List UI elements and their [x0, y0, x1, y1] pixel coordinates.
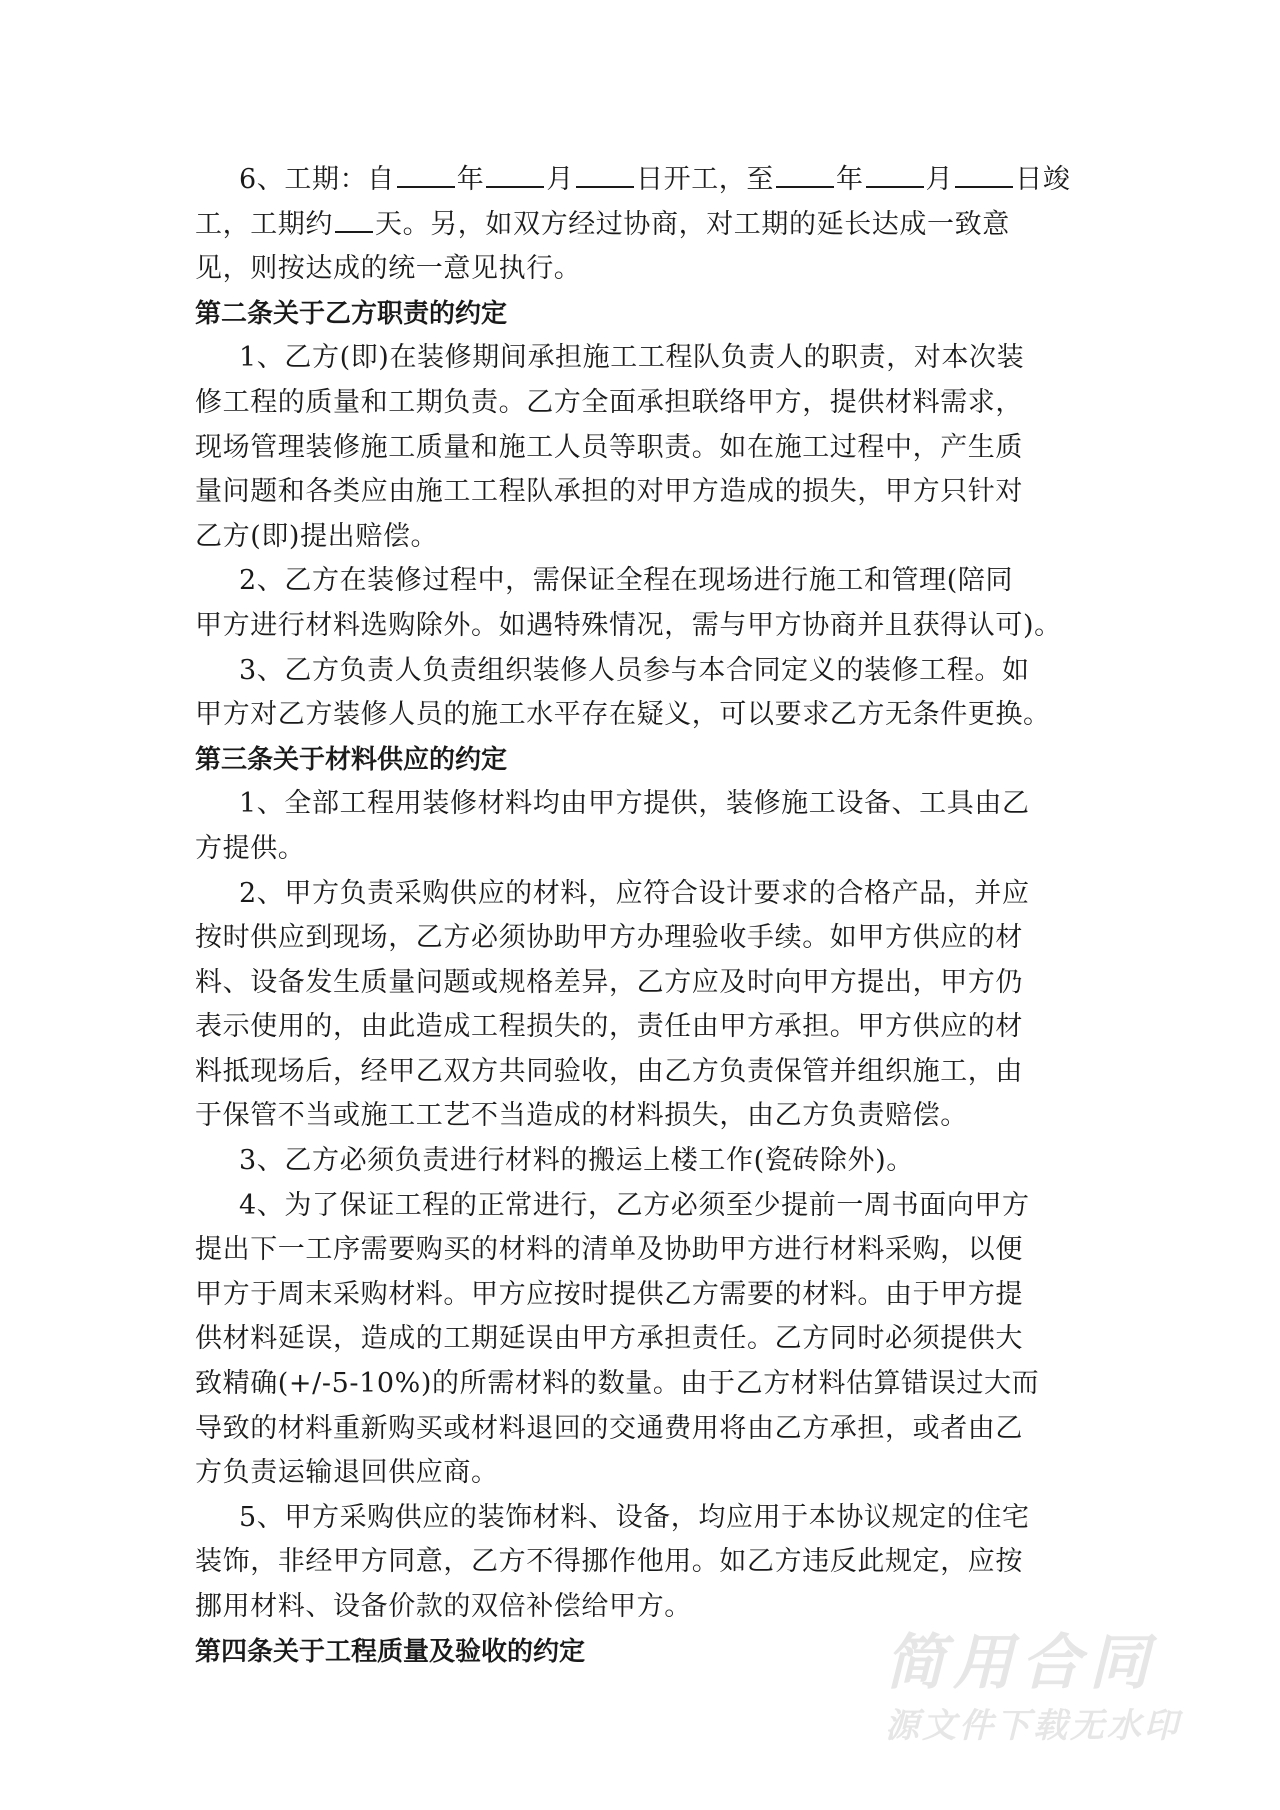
clause-text: 日开工，至	[636, 164, 774, 195]
blank-field-day-start	[576, 162, 634, 188]
clause-line: 料、设备发生质量问题或规格差异，乙方应及时向甲方提出，甲方仍	[195, 961, 1090, 1006]
clause-line: 量问题和各类应由施工工程队承担的对甲方造成的损失，甲方只针对	[195, 470, 1090, 515]
clause-line: 见，则按达成的统一意见执行。	[195, 247, 1090, 292]
clause-text: 工，工期约	[195, 209, 333, 240]
clause-line: 3、乙方负责人负责组织装修人员参与本合同定义的装修工程。如	[195, 649, 1090, 694]
clause-line: 甲方进行材料选购除外。如遇特殊情况，需与甲方协商并且获得认可)。	[195, 604, 1090, 649]
clause-line: 方负责运输退回供应商。	[195, 1451, 1090, 1496]
clause-line: 现场管理装修施工质量和施工人员等职责。如在施工过程中，产生质	[195, 426, 1090, 471]
section-heading: 第三条关于材料供应的约定	[195, 738, 1090, 783]
clause-line: 2、甲方负责采购供应的材料，应符合设计要求的合格产品，并应	[195, 872, 1090, 917]
clause-line: 装饰，非经甲方同意，乙方不得挪作他用。如乙方违反此规定，应按	[195, 1540, 1090, 1585]
clause-line: 提出下一工序需要购买的材料的清单及协助甲方进行材料采购，以便	[195, 1228, 1090, 1273]
clause-line: 甲方对乙方装修人员的施工水平存在疑义，可以要求乙方无条件更换。	[195, 693, 1090, 738]
clause-text: 6、工期：自	[239, 164, 395, 195]
watermark-tagline: 源文件下载无水印	[885, 1698, 1225, 1754]
clause-line: 6、工期：自年月日开工，至年月日竣	[195, 158, 1090, 203]
clause-line: 料抵现场后，经甲乙双方共同验收，由乙方负责保管并组织施工，由	[195, 1050, 1090, 1095]
blank-field-month-start	[486, 162, 544, 188]
document-page: 6、工期：自年月日开工，至年月日竣 工，工期约天。另，如双方经过协商，对工期的延…	[195, 158, 1090, 1674]
clause-text: 年	[457, 164, 485, 195]
clause-line: 于保管不当或施工工艺不当造成的材料损失，由乙方负责赔偿。	[195, 1094, 1090, 1139]
clause-text: 月	[546, 164, 574, 195]
clause-line: 1、乙方(即)在装修期间承担施工工程队负责人的职责，对本次装	[195, 336, 1090, 381]
clause-line: 导致的材料重新购买或材料退回的交通费用将由乙方承担，或者由乙	[195, 1407, 1090, 1452]
watermark-brand: 简用合同	[885, 1628, 1225, 1698]
clause-line: 致精确(+/-5-10%)的所需材料的数量。由于乙方材料估算错误过大而	[195, 1362, 1090, 1407]
clause-line: 甲方于周末采购材料。甲方应按时提供乙方需要的材料。由于甲方提	[195, 1273, 1090, 1318]
blank-field-year-end	[776, 162, 834, 188]
blank-field-year-start	[397, 162, 455, 188]
clause-line: 修工程的质量和工期负责。乙方全面承担联络甲方，提供材料需求，	[195, 381, 1090, 426]
watermark: 简用合同 源文件下载无水印	[885, 1628, 1225, 1754]
clause-text: 年	[836, 164, 864, 195]
clause-line: 工，工期约天。另，如双方经过协商，对工期的延长达成一致意	[195, 203, 1090, 248]
clause-line: 5、甲方采购供应的装饰材料、设备，均应用于本协议规定的住宅	[195, 1496, 1090, 1541]
clause-text: 天。另，如双方经过协商，对工期的延长达成一致意	[375, 209, 1010, 240]
clause-line: 挪用材料、设备价款的双倍补偿给甲方。	[195, 1585, 1090, 1630]
clause-line: 表示使用的，由此造成工程损失的，责任由甲方承担。甲方供应的材	[195, 1005, 1090, 1050]
clause-line: 4、为了保证工程的正常进行，乙方必须至少提前一周书面向甲方	[195, 1184, 1090, 1229]
clause-text: 日竣	[1015, 164, 1070, 195]
clause-line: 方提供。	[195, 827, 1090, 872]
clause-line: 2、乙方在装修过程中，需保证全程在现场进行施工和管理(陪同	[195, 559, 1090, 604]
clause-line: 乙方(即)提出赔偿。	[195, 515, 1090, 560]
clause-line: 供材料延误，造成的工期延误由甲方承担责任。乙方同时必须提供大	[195, 1317, 1090, 1362]
clause-line: 3、乙方必须负责进行材料的搬运上楼工作(瓷砖除外)。	[195, 1139, 1090, 1184]
clause-text: 月	[926, 164, 954, 195]
blank-field-month-end	[866, 162, 924, 188]
blank-field-day-end	[955, 162, 1013, 188]
blank-field-days	[335, 207, 373, 233]
clause-line: 按时供应到现场，乙方必须协助甲方办理验收手续。如甲方供应的材	[195, 916, 1090, 961]
section-heading: 第二条关于乙方职责的约定	[195, 292, 1090, 337]
clause-line: 1、全部工程用装修材料均由甲方提供，装修施工设备、工具由乙	[195, 782, 1090, 827]
